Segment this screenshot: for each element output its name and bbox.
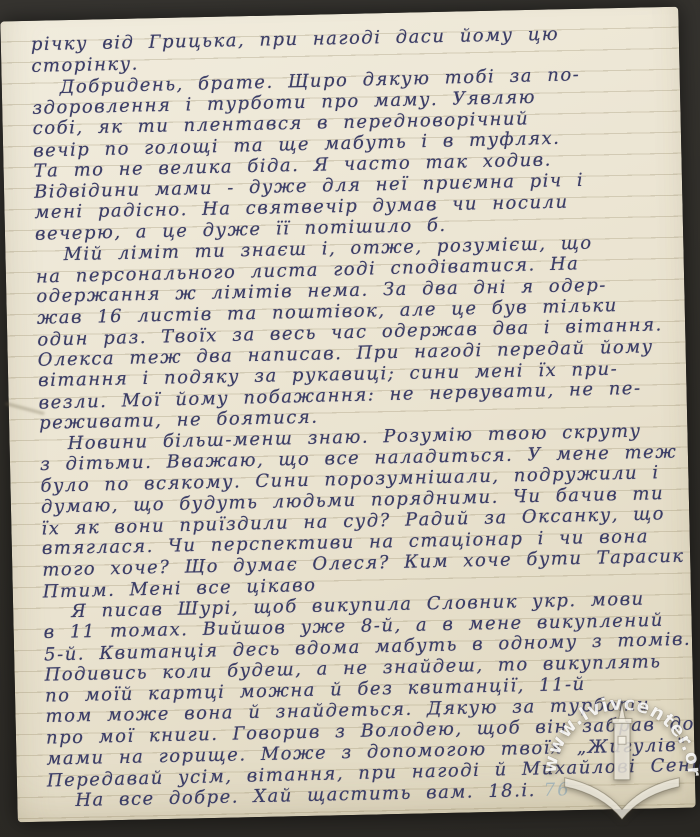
lvivcenter-watermark: www.lvivcenter.org [543,684,700,836]
letter-lines: річку від Грицька, при нагоді даси йому … [31,21,675,791]
photo-frame: річку від Грицька, при нагоді даси йому … [0,0,700,837]
